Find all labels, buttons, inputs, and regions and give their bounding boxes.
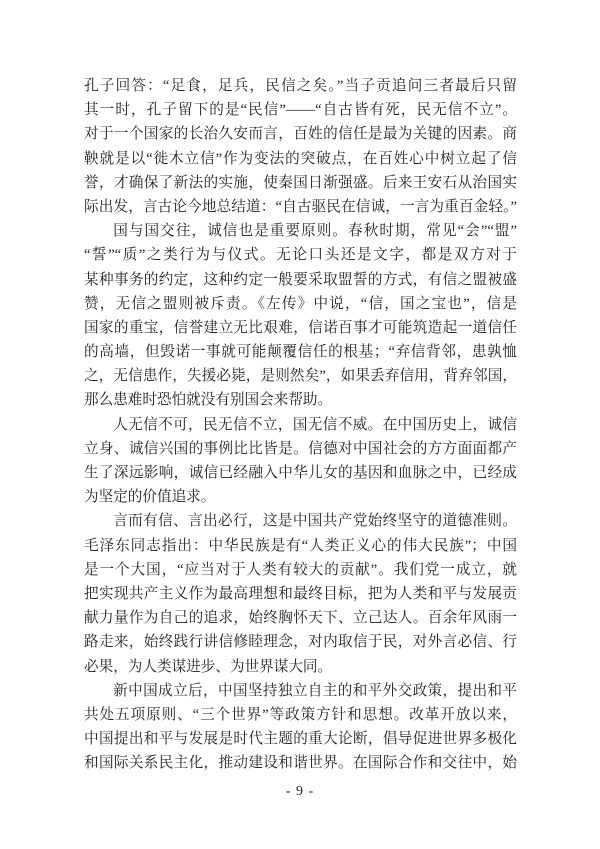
text-line: 是一个大国，“应当对于人类有较大的贡献”。我们党一成立，就: [84, 558, 517, 582]
text-line: 人无信不可，民无信不立，国无信不威。在中国历史上，诚信: [84, 413, 517, 437]
text-line: 言而有信、言出必行，这是中国共产党始终坚守的道德准则。: [84, 509, 517, 533]
text-line: 把实现共产主义作为最高理想和最终目标，把为人类和平与发展贡: [84, 582, 517, 606]
text-line: 献力量作为自己的追求，始终胸怀天下、立己达人。百余年风雨一: [84, 606, 517, 630]
text-line: 新中国成立后，中国坚持独立自主的和平外交政策，提出和平: [84, 679, 517, 703]
text-line: 其一时，孔子留下的是“民信”——“自古皆有死，民无信不立”。: [84, 98, 517, 122]
text-line: 立身、诚信兴国的事例比比皆是。信德对中国社会的方方面面都产: [84, 437, 517, 461]
page-number: - 9 -: [0, 784, 600, 800]
text-line: 对于一个国家的长治久安而言，百姓的信任是最为关键的因素。商: [84, 122, 517, 146]
text-line: 毛泽东同志指出：中华民族是有“人类正义心的伟大民族”；中国: [84, 534, 517, 558]
text-line: 中国提出和平与发展是时代主题的重大论断，倡导促进世界多极化: [84, 727, 517, 751]
text-line: 和国际关系民主化，推动建设和谐世界。在国际合作和交往中，始: [84, 751, 517, 775]
text-line: 之，无信患作，失援必毙，是则然矣”，如果丢弃信用，背弃邻国，: [84, 364, 517, 388]
text-line: 共处五项原则、“三个世界”等政策方针和思想。改革开放以来，: [84, 703, 517, 727]
text-line: 的高墙，但毁诺一事就可能颠覆信任的根基；“弃信背邻，患孰恤: [84, 340, 517, 364]
text-line: 那么患难时恐怕就没有别国会来帮助。: [84, 388, 517, 412]
text-line: 为坚定的价值追求。: [84, 485, 517, 509]
text-line: 际出发，言古论今地总结道：“自古驱民在信诚，一言为重百金轻。”: [84, 195, 517, 219]
text-line: 赞，无信之盟则被斥责。《左传》中说，“信，国之宝也”，信是: [84, 292, 517, 316]
text-line: “誓”“质”之类行为与仪式。无论口头还是文字，都是双方对于: [84, 243, 517, 267]
text-line: 誉，才确保了新法的实施，使秦国日渐强盛。后来王安石从治国实: [84, 171, 517, 195]
text-line: 生了深远影响，诚信已经融入中华儿女的基因和血脉之中，已经成: [84, 461, 517, 485]
text-line: 路走来，始终践行讲信修睦理念，对内取信于民，对外言必信、行: [84, 630, 517, 654]
body-text: 孔子回答：“足食，足兵，民信之矣。”当子贡追问三者最后只留其一时，孔子留下的是“…: [84, 74, 517, 775]
text-line: 某种事务的约定，这种约定一般要采取盟誓的方式，有信之盟被盛: [84, 268, 517, 292]
text-line: 必果，为人类谋进步、为世界谋大同。: [84, 655, 517, 679]
document-page: 孔子回答：“足食，足兵，民信之矣。”当子贡追问三者最后只留其一时，孔子留下的是“…: [0, 0, 600, 849]
text-line: 国家的重宝，信誉建立无比艰难，信诺百事才可能筑造起一道信任: [84, 316, 517, 340]
text-line: 国与国交往，诚信也是重要原则。春秋时期，常见“会”“盟”: [84, 219, 517, 243]
text-line: 孔子回答：“足食，足兵，民信之矣。”当子贡追问三者最后只留: [84, 74, 517, 98]
text-line: 鞅就是以“徙木立信”作为变法的突破点，在百姓心中树立起了信: [84, 147, 517, 171]
